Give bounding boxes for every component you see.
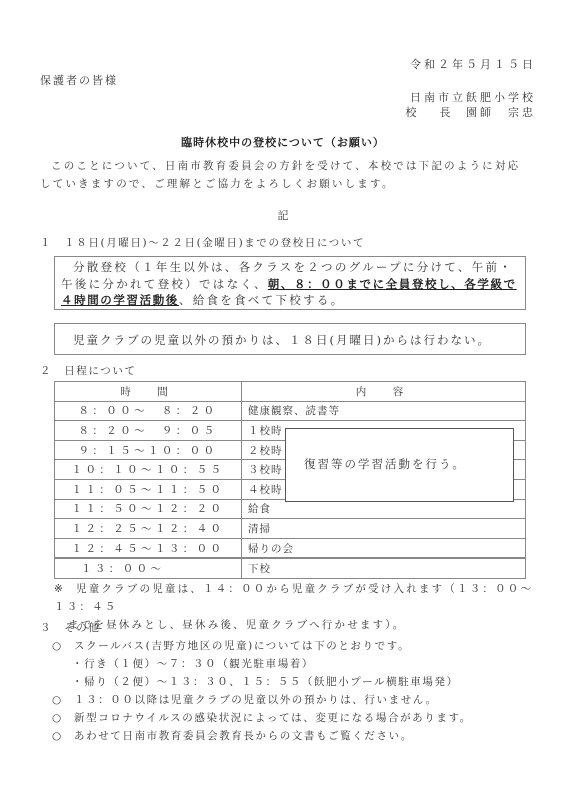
content-cell: 給食	[242, 499, 526, 519]
attendance-box: 分散登校（１年生以外は、各クラスを２つのグループに分けて、午前・午後に分かれて登…	[54, 256, 526, 310]
study-activity-callout: 復習等の学習活動を行う。	[285, 428, 514, 502]
time-cell: １１：５０～１２：２０	[55, 499, 242, 519]
table-row: １２：４５～１３：００帰りの会	[55, 538, 526, 558]
childcare-text: 児童クラブの児童以外の預かりは、１８日(月曜日)からは行わない。	[55, 324, 525, 348]
section-3-heading: ３ その他	[40, 620, 101, 635]
time-cell: １２：２５～１２：４０	[55, 519, 242, 539]
column-header-time: 時 間	[55, 382, 242, 402]
note-line-2: までを昼休みとし、昼休み後、児童クラブへ行かせます）。	[54, 616, 534, 634]
table-header-row: 時 間 内 容	[55, 382, 526, 402]
section-1-heading: １ １８日(月曜日)～２２日(金曜日)までの登校日について	[40, 235, 365, 250]
list-item-text: １３：００以降は児童クラブの児童以外の預かりは、行いません。	[74, 694, 438, 706]
time-cell: １３：００～	[55, 558, 242, 578]
table-row: １１：５０～１２：２０給食	[55, 499, 526, 519]
bus-return-text: 帰り（２便）～１３：３０、１５：５５（飫肥小プール横駐車場発）	[84, 676, 459, 688]
dot-bullet-icon: ・	[72, 676, 84, 688]
circle-bullet-icon: ○	[52, 640, 74, 652]
content-cell: 下校	[242, 558, 526, 578]
addressee: 保護者の皆様	[40, 72, 118, 88]
list-item-text: スクールバス(吉野方地区の児童)については下のとおりです。	[74, 640, 410, 652]
document-title: 臨時休校中の登校について（お願い）	[0, 134, 566, 150]
study-activity-text: 復習等の学習活動を行う。	[286, 429, 513, 472]
childcare-note: ※児童クラブの児童は、１４：００から児童クラブが受け入れます（１３：００～１３：…	[54, 580, 534, 634]
note-text-1: 児童クラブの児童は、１４：００から児童クラブが受け入れます（１３：００～１３：４…	[54, 583, 533, 613]
intro-paragraph: このことについて、日南市教育委員会の方針を受けて、本校では下記のように対応してい…	[40, 157, 530, 193]
table-row: １２：２５～１２：４０清掃	[55, 519, 526, 539]
time-cell: １２：４５～１３：００	[55, 538, 242, 558]
list-item: ○あわせて日南市教育委員会教育長からの文書もご覧ください。	[52, 728, 413, 743]
principal-name: 園師 宗忠	[466, 104, 536, 120]
list-item: ○新型コロナウイルスの感染状況によっては、変更になる場合があります。	[52, 710, 472, 725]
bus-outbound-text: 行き（１便）～７：３０（観光駐車場着）	[84, 658, 314, 670]
bus-item: ・帰り（２便）～１３：３０、１５：５５（飫肥小プール横駐車場発）	[72, 674, 459, 689]
circle-bullet-icon: ○	[52, 730, 74, 742]
attendance-text: 分散登校（１年生以外は、各クラスを２つのグループに分けて、午前・午後に分かれて登…	[61, 259, 519, 309]
document-date: 令和２年５月１５日	[410, 56, 536, 72]
circle-bullet-icon: ○	[52, 694, 74, 706]
time-cell: ９：１５～１０：００	[55, 440, 242, 460]
ki-marker: 記	[0, 207, 566, 223]
section-2-heading: ２ 日程について	[40, 363, 137, 378]
time-cell: １１：０５～１１：５０	[55, 479, 242, 499]
content-cell: 帰りの会	[242, 538, 526, 558]
principal: 校 長 園師 宗忠	[406, 104, 537, 120]
list-item: ○１３：００以降は児童クラブの児童以外の預かりは、行いません。	[52, 692, 438, 707]
principal-title: 校 長	[406, 104, 457, 120]
list-item-text: あわせて日南市教育委員会教育長からの文書もご覧ください。	[74, 730, 413, 742]
content-cell: 健康観察、読書等	[242, 401, 526, 421]
attendance-text-after: 、給食を食べて下校する。	[179, 293, 345, 307]
time-cell: ８：００～ ８：２０	[55, 401, 242, 421]
dot-bullet-icon: ・	[72, 658, 84, 670]
list-item-text: 新型コロナウイルスの感染状況によっては、変更になる場合があります。	[74, 712, 472, 724]
table-row: ８：００～ ８：２０健康観察、読書等	[55, 401, 526, 421]
content-cell: 清掃	[242, 519, 526, 539]
childcare-box: 児童クラブの児童以外の預かりは、１８日(月曜日)からは行わない。	[54, 323, 526, 355]
school-name: 日南市立飫肥小学校	[410, 89, 536, 105]
time-cell: ８：２０～ ９：０５	[55, 421, 242, 441]
time-cell: １０：１０～１０：５５	[55, 460, 242, 480]
bus-item: ・行き（１便）～７：３０（観光駐車場着）	[72, 656, 314, 671]
note-mark: ※	[54, 580, 76, 598]
table-row: １３：００～下校	[55, 558, 526, 578]
note-line-1: ※児童クラブの児童は、１４：００から児童クラブが受け入れます（１３：００～１３：…	[54, 580, 534, 616]
circle-bullet-icon: ○	[52, 712, 74, 724]
column-header-content: 内 容	[242, 382, 526, 402]
list-item: ○スクールバス(吉野方地区の児童)については下のとおりです。	[52, 638, 410, 653]
